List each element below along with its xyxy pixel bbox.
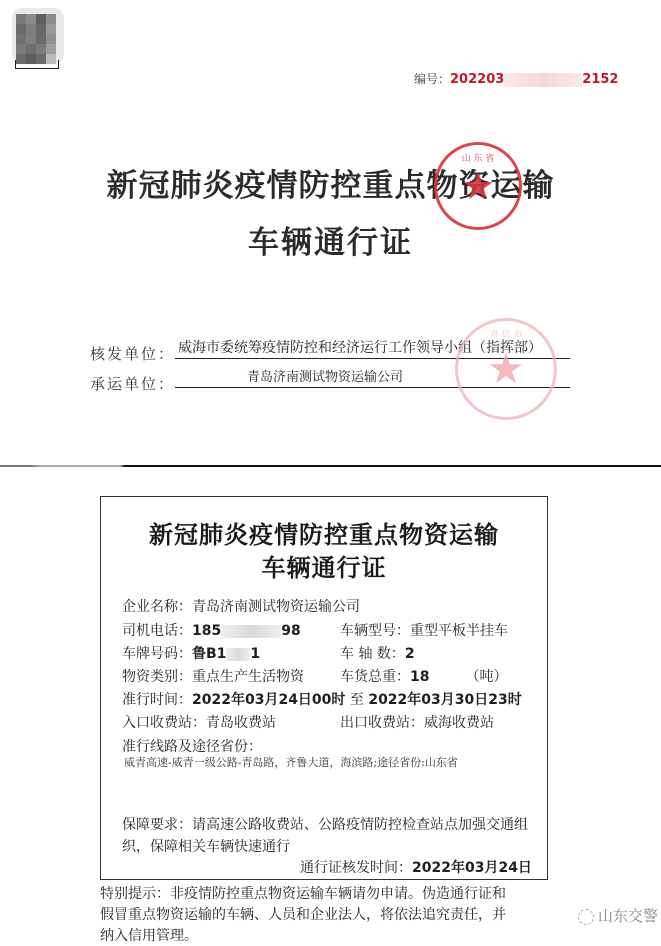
goods-category-field: 物资类别：重点生产生活物资 xyxy=(122,666,304,686)
company-value: 青岛济南测试物资运输公司 xyxy=(192,599,360,615)
driver-phone-prefix: 185 xyxy=(192,623,221,639)
star-icon: ★ xyxy=(461,167,495,205)
redacted-mask xyxy=(504,73,582,87)
official-seal: 山 东 省 ★ xyxy=(434,142,522,230)
total-weight-field: 车货总重：18（吨） xyxy=(340,666,507,686)
company-label: 企业名称： xyxy=(122,599,192,615)
exit-station-label: 出口收费站： xyxy=(340,715,424,731)
certificate-subtitle: 车辆通行证 xyxy=(0,217,661,262)
carrier-label: 承运单位： xyxy=(90,373,175,394)
watermark-text: 山东交警 xyxy=(598,907,658,925)
goods-category-value: 重点生产生活物资 xyxy=(192,669,304,685)
valid-time-label: 准行时间： xyxy=(122,692,192,708)
entry-station-field: 入口收费站：青岛收费站 xyxy=(122,712,276,732)
axles-label: 车 轴 数： xyxy=(340,646,405,662)
serial-suffix: 2152 xyxy=(582,72,618,87)
redacted-mask xyxy=(221,625,281,638)
special-notice: 特别提示：非疫情防控重点物资运输车辆请勿申请。伪造通行证和 假冒重点物资运输的车… xyxy=(100,884,580,946)
total-weight-unit: （吨） xyxy=(465,669,507,685)
issue-time-label: 通行证核发时间： xyxy=(300,860,412,876)
route-label: 准行线路及途径省份： xyxy=(122,736,262,756)
card-title: 新冠肺炎疫情防控重点物资运输 xyxy=(100,515,548,550)
valid-time-field: 准行时间：2022年03月24日00时 至 2022年03月30日23时 xyxy=(122,689,522,709)
issue-time-field: 通行证核发时间：2022年03月24日 xyxy=(300,857,532,877)
issuer-seal: 青 岛 市 ★ xyxy=(455,318,557,420)
card-subtitle: 车辆通行证 xyxy=(100,548,548,583)
wechat-channel-icon xyxy=(578,909,594,925)
plate-prefix: 鲁B1 xyxy=(192,646,226,662)
issuer-label: 核发单位： xyxy=(90,343,175,364)
star-icon: ★ xyxy=(487,348,525,390)
company-field: 企业名称：青岛济南测试物资运输公司 xyxy=(122,596,360,616)
issue-time-value: 2022年03月24日 xyxy=(412,860,532,876)
driver-phone-suffix: 98 xyxy=(281,623,300,639)
notice-line-2: 假冒重点物资运输的车辆、人员和企业法人，将依法追究责任，并 xyxy=(100,905,580,926)
notice-line-1: 特别提示：非疫情防控重点物资运输车辆请勿申请。伪造通行证和 xyxy=(100,884,580,905)
axles-value: 2 xyxy=(405,646,415,662)
valid-from: 2022年03月24日00时 xyxy=(192,692,345,708)
driver-phone-label: 司机电话： xyxy=(122,623,192,639)
exit-station-field: 出口收费站：威海收费站 xyxy=(340,712,494,732)
serial-label: 编号： xyxy=(414,72,450,86)
total-weight-value: 18 xyxy=(410,669,429,685)
vehicle-type-value: 重型平板半挂车 xyxy=(410,623,508,639)
section-divider xyxy=(0,465,661,467)
valid-to-separator: 至 xyxy=(350,692,364,708)
requirement-text: 保障要求：请高速公路收费站、公路疫情防控检查站点加强交通组织，保障相关车辆快速通… xyxy=(122,814,534,858)
valid-to: 2022年03月30日23时 xyxy=(368,692,521,708)
notice-line-3: 纳入信用管理。 xyxy=(100,926,580,946)
vehicle-type-field: 车辆型号：重型平板半挂车 xyxy=(340,620,508,640)
entry-station-label: 入口收费站： xyxy=(122,715,206,731)
serial-number: 编号：2022032152 xyxy=(414,70,618,87)
axles-field: 车 轴 数：2 xyxy=(340,643,415,663)
vehicle-type-label: 车辆型号： xyxy=(340,623,410,639)
serial-prefix: 202203 xyxy=(450,72,504,87)
plate-label: 车牌号码： xyxy=(122,646,192,662)
qr-code xyxy=(12,8,64,64)
entry-station-value: 青岛收费站 xyxy=(206,715,276,731)
route-value: 威青高速-威青一级公路-青岛路，齐鲁大道，海滨路;途径省份:山东省 xyxy=(124,754,458,770)
exit-station-value: 威海收费站 xyxy=(424,715,494,731)
watermark: 山东交警 xyxy=(578,905,658,926)
driver-phone-field: 司机电话：18598 xyxy=(122,620,301,640)
goods-category-label: 物资类别： xyxy=(122,669,192,685)
redacted-mask xyxy=(226,648,250,661)
plate-field: 车牌号码：鲁B11 xyxy=(122,643,260,663)
certificate-title: 新冠肺炎疫情防控重点物资运输 xyxy=(0,160,661,205)
plate-suffix: 1 xyxy=(250,646,260,662)
total-weight-label: 车货总重： xyxy=(340,669,410,685)
